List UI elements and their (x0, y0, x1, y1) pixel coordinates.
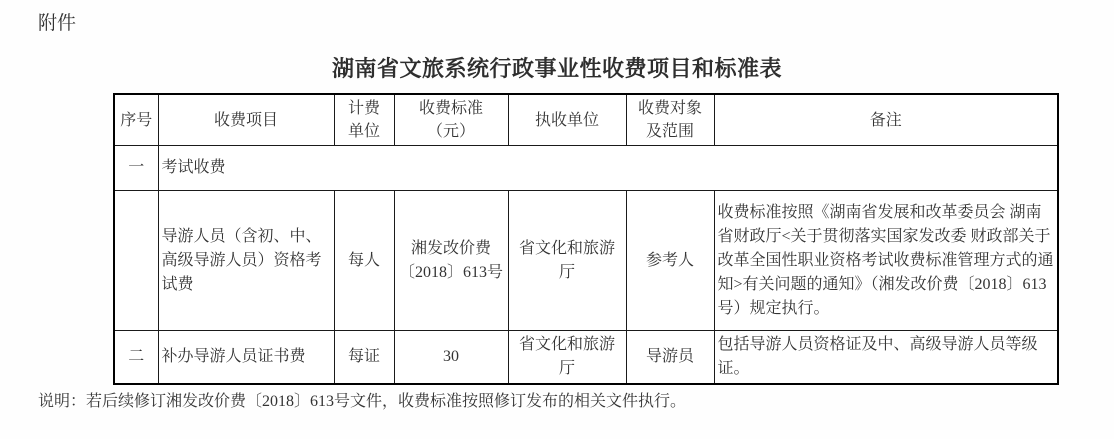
table-row: 导游人员（含初、中、 高级导游人员）资格考 试费 每人 湘发改价费 〔2018〕… (114, 191, 1058, 331)
cell-unit: 每人 (334, 191, 394, 331)
document-page: 附件 湖南省文旅系统行政事业性收费项目和标准表 序号 收费项目 计费 单位 收费… (0, 0, 1114, 439)
section-row: 一 考试收费 (114, 146, 1058, 191)
cell-target: 导游员 (626, 331, 714, 385)
section-index: 一 (114, 146, 158, 191)
footnote: 说明：若后续修订湘发改价费〔2018〕613号文件，收费标准按照修订发布的相关文… (38, 388, 686, 411)
cell-collector: 省文化和旅游厅 (508, 331, 626, 385)
cell-unit: 每证 (334, 331, 394, 385)
fee-table: 序号 收费项目 计费 单位 收费标准 （元） 执收单位 收费对象 及范围 备注 … (113, 93, 1059, 385)
cell-note: 包括导游人员资格证及中、高级导游人员等级 证。 (714, 331, 1058, 385)
cell-seq (114, 191, 158, 331)
header-collector: 执收单位 (508, 94, 626, 146)
cell-standard: 湘发改价费 〔2018〕613号 (394, 191, 508, 331)
header-seq: 序号 (114, 94, 158, 146)
header-item: 收费项目 (158, 94, 334, 146)
page-title: 湖南省文旅系统行政事业性收费项目和标准表 (0, 52, 1114, 83)
header-standard: 收费标准 （元） (394, 94, 508, 146)
cell-note: 收费标准按照《湖南省发展和改革委员会 湖南 省财政厅<关于贯彻落实国家发改委 财… (714, 191, 1058, 331)
section-label: 考试收费 (158, 146, 1058, 191)
cell-collector: 省文化和旅游厅 (508, 191, 626, 331)
cell-seq: 二 (114, 331, 158, 385)
cell-standard: 30 (394, 331, 508, 385)
table-header-row: 序号 收费项目 计费 单位 收费标准 （元） 执收单位 收费对象 及范围 备注 (114, 94, 1058, 146)
header-unit: 计费 单位 (334, 94, 394, 146)
attachment-label: 附件 (38, 8, 76, 35)
table-row: 二 补办导游人员证书费 每证 30 省文化和旅游厅 导游员 包括导游人员资格证及… (114, 331, 1058, 385)
header-target: 收费对象 及范围 (626, 94, 714, 146)
header-note: 备注 (714, 94, 1058, 146)
cell-item: 补办导游人员证书费 (158, 331, 334, 385)
cell-target: 参考人 (626, 191, 714, 331)
cell-item: 导游人员（含初、中、 高级导游人员）资格考 试费 (158, 191, 334, 331)
